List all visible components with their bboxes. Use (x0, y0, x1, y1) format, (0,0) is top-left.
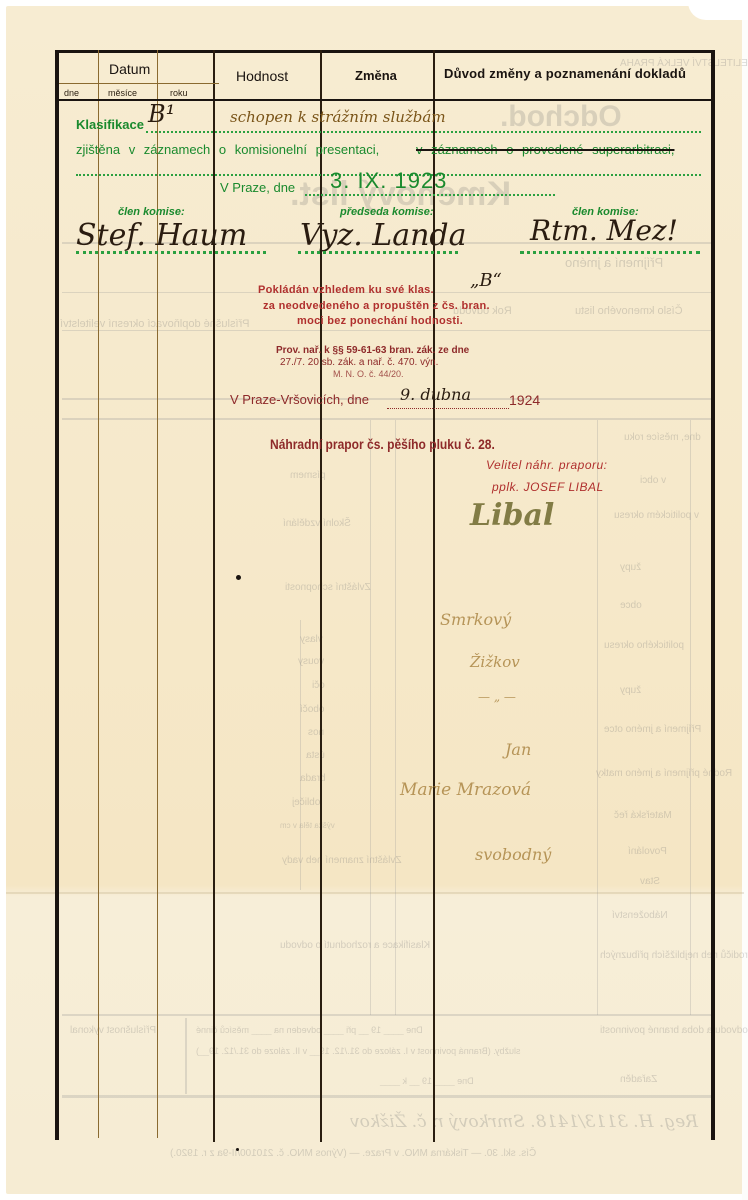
commander-name: pplk. JOSEF LIBAL (492, 480, 604, 494)
classification-source-struck: v záznamech o provedené superarbitraci, (416, 142, 674, 157)
discharge-line-3: moci bez ponechání hodnosti. (297, 315, 463, 327)
classification-dotted-line (146, 131, 701, 133)
classification-value: B¹ (148, 100, 175, 128)
issuance-day-month: 9. dubna (400, 385, 471, 404)
discharge-line-1: Pokládán vzhledem ku své klas. (258, 284, 434, 296)
signature-line-1 (76, 251, 266, 254)
header-duvod: Důvod změny a poznamenání dokladů (444, 66, 686, 81)
faded-line-6: svobodný (475, 845, 551, 864)
ink-speck (236, 575, 241, 580)
issuance-year: 1924 (509, 392, 540, 408)
signature-line-2 (298, 251, 458, 254)
commission-chair-label: předseda komise: (340, 206, 434, 218)
faded-line-1: Smrkový (440, 610, 511, 629)
header-dne: dne (64, 88, 79, 98)
discharge-class-value: „B“ (470, 270, 502, 291)
commission-place-label: V Praze, dne (220, 180, 295, 195)
issuance-place-label: V Praze-Vršovicích, dne (230, 392, 369, 407)
torn-corner (688, 0, 748, 20)
header-roku: roku (170, 88, 188, 98)
faded-line-2: Žižkov (470, 653, 520, 671)
discharge-law-2: 27./7. 20 sb. zák. a nař. č. 470. výn. (280, 357, 438, 368)
discharge-law-3: M. N. O. č. 44/20. (333, 369, 404, 379)
header-hodnost: Hodnost (236, 68, 288, 84)
header-zmena: Změna (355, 68, 397, 83)
page-edge (742, 0, 748, 1200)
signature-member-1: Stef. Haum (76, 218, 247, 253)
commission-date-stamp: 3. IX. 1923 (330, 168, 447, 194)
column-divider-hodnost (320, 50, 322, 1142)
header-mesice: měsíce (108, 88, 137, 98)
discharge-line-2: za neodvedeného a propuštěn z čs. bran. (263, 300, 490, 312)
issuance-date-line (387, 408, 509, 409)
classification-handwritten: schopen k strážním službám (230, 108, 446, 126)
classification-label: Klasifikace (76, 117, 144, 132)
signature-chair: Vyz. Landa (300, 218, 467, 253)
unit-name: Náhradní prapor čs. pěšího pluku č. 28. (270, 436, 495, 452)
discharge-law-1: Prov. nař. k §§ 59-61-63 bran. zák. ze d… (276, 345, 469, 356)
commander-title: Velitel náhr. praporu: (486, 458, 608, 472)
column-divider-dne (98, 50, 99, 1138)
commission-date-line (305, 194, 555, 196)
bleed-imprint: Čís. skl. 30. — Tiskárna MNO. v Praze. —… (170, 1148, 536, 1159)
ink-speck (236, 1148, 239, 1151)
commission-member-label: člen komise: (118, 206, 185, 218)
header-datum: Datum (109, 61, 150, 77)
signature-line-3 (520, 251, 700, 254)
faded-line-5: Marie Mrazová (400, 780, 531, 800)
commander-signature: Libal (470, 498, 554, 533)
faded-line-3: — „ — (478, 690, 516, 704)
faded-line-4: Jan (505, 740, 531, 759)
column-divider-roku (213, 50, 215, 1142)
classification-source: zjištěna v záznamech o komisionelní pres… (76, 142, 379, 157)
datum-subdivider (59, 83, 219, 84)
signature-member-2: Rtm. Mez! (530, 214, 678, 247)
